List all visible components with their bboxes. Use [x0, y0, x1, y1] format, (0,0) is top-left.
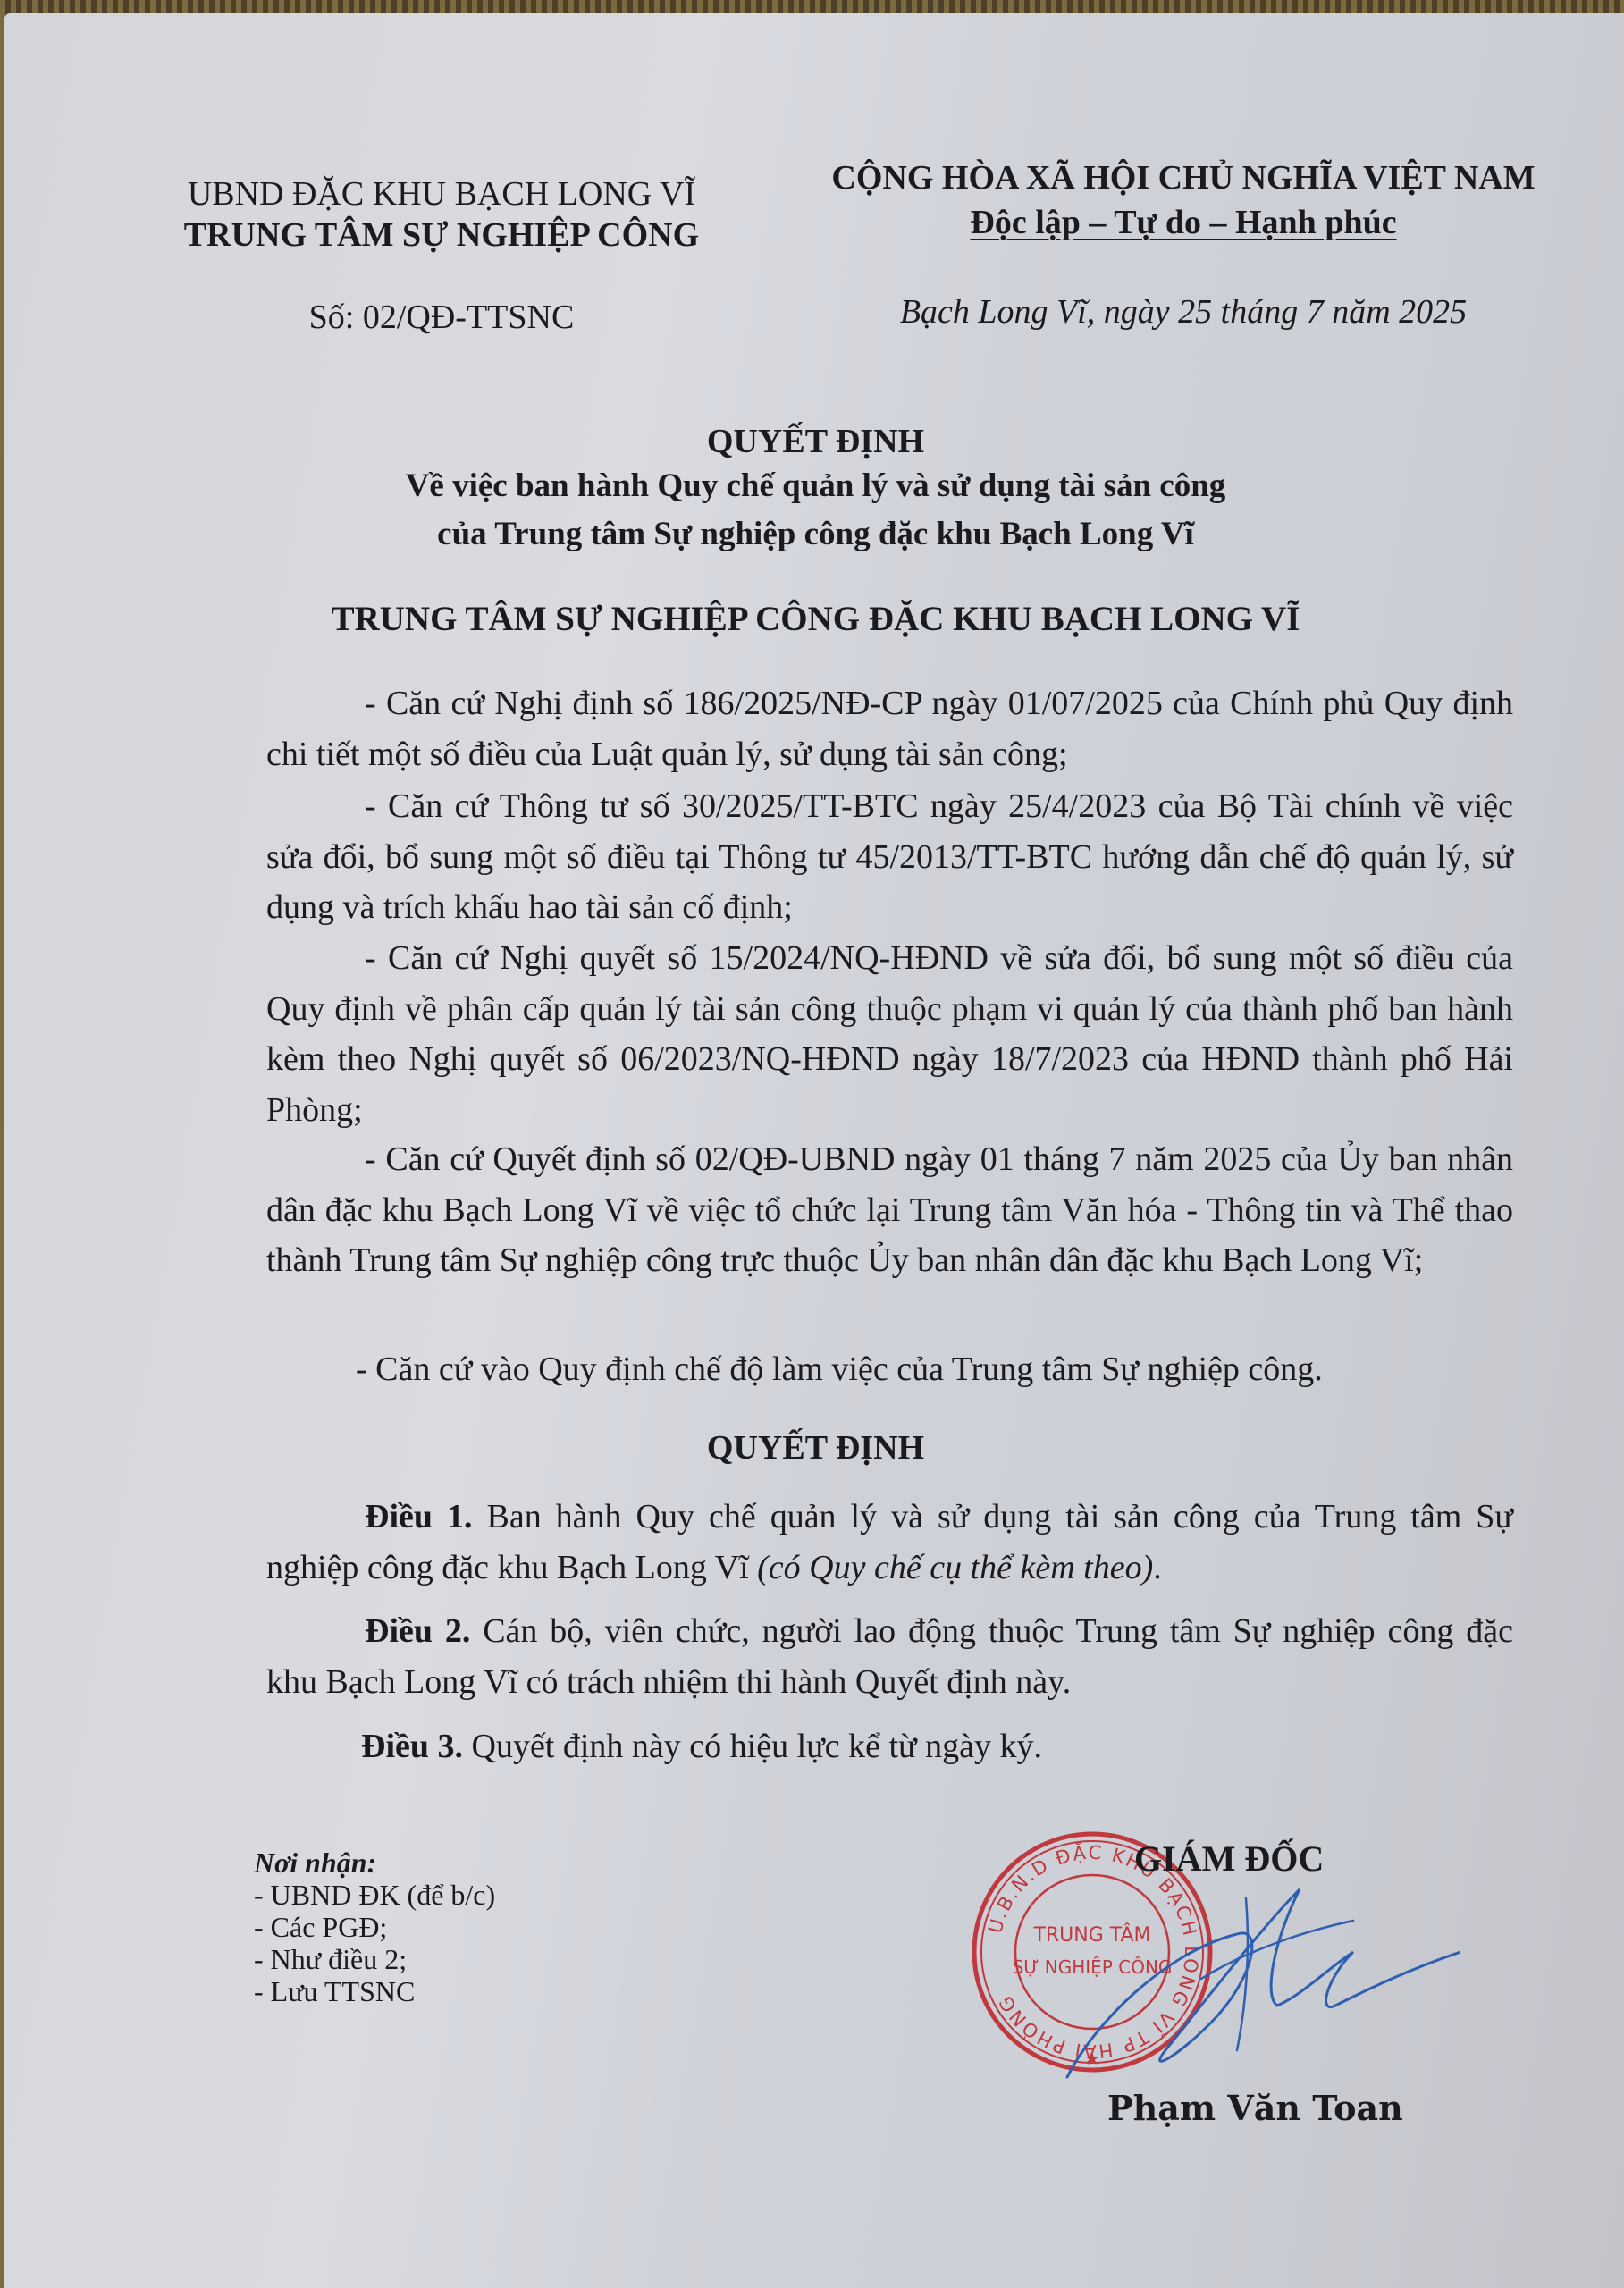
article-1-label: Điều 1.	[365, 1498, 473, 1535]
recipient-item: - Các PGĐ;	[254, 1911, 495, 1943]
legal-basis-4: - Căn cứ Quyết định số 02/QĐ-UBND ngày 0…	[266, 1134, 1513, 1286]
article-1-tail: .	[1153, 1549, 1162, 1586]
recipient-item: - Lưu TTSNC	[254, 1975, 495, 2007]
country-name: CỘNG HÒA XÃ HỘI CHỦ NGHĨA VIỆT NAM	[781, 157, 1586, 198]
header-left: UBND ĐẶC KHU BẠCH LONG VĨ TRUNG TÂM SỰ N…	[138, 173, 745, 256]
authority-name: UBND ĐẶC KHU BẠCH LONG VĨ	[138, 173, 745, 214]
subject-line-1: Về việc ban hành Quy chế quản lý và sử d…	[4, 467, 1624, 505]
decision-heading: QUYẾT ĐỊNH	[4, 1428, 1624, 1468]
motto-text: Độc lập – Tự do – Hạnh phúc	[970, 204, 1396, 241]
signer-name: Phạm Văn Toan	[1107, 2088, 1403, 2128]
article-2-label: Điều 2.	[365, 1612, 470, 1650]
article-3-text: Quyết định này có hiệu lực kể từ ngày ký…	[463, 1728, 1042, 1765]
recipients-label: Nơi nhận:	[254, 1846, 495, 1879]
handwritten-signature-icon	[1031, 1872, 1460, 2086]
issuer-heading: TRUNG TÂM SỰ NGHIỆP CÔNG ĐẶC KHU BẠCH LO…	[4, 599, 1624, 639]
legal-basis-3: - Căn cứ Nghị quyết số 15/2024/NQ-HĐND v…	[266, 933, 1513, 1135]
recipients-block: Nơi nhận: - UBND ĐK (để b/c) - Các PGĐ; …	[254, 1846, 495, 2007]
document-type-heading: QUYẾT ĐỊNH	[4, 422, 1624, 461]
document-number: Số: 02/QĐ-TTSNC	[138, 297, 745, 338]
article-3-label: Điều 3.	[361, 1728, 463, 1765]
recipient-item: - UBND ĐK (để b/c)	[254, 1879, 495, 1911]
legal-basis-2: - Căn cứ Thông tư số 30/2025/TT-BTC ngày…	[266, 781, 1513, 933]
article-1-note: (có Quy chế cụ thể kèm theo)	[757, 1549, 1153, 1586]
article-1: Điều 1. Ban hành Quy chế quản lý và sử d…	[266, 1492, 1513, 1593]
organization-name: TRUNG TÂM SỰ NGHIỆP CÔNG	[138, 214, 745, 256]
recipient-item: - Như điều 2;	[254, 1943, 495, 1975]
legal-basis-1: - Căn cứ Nghị định số 186/2025/NĐ-CP ngà…	[266, 678, 1513, 779]
article-3: Điều 3. Quyết định này có hiệu lực kể từ…	[266, 1721, 1513, 1772]
legal-basis-5: - Căn cứ vào Quy định chế độ làm việc củ…	[266, 1344, 1513, 1395]
article-2: Điều 2. Cán bộ, viên chức, người lao độn…	[266, 1606, 1513, 1707]
document-page: UBND ĐẶC KHU BẠCH LONG VĨ TRUNG TÂM SỰ N…	[4, 13, 1624, 2288]
place-date: Bạch Long Vĩ, ngày 25 tháng 7 năm 2025	[781, 291, 1586, 332]
subject-line-2: của Trung tâm Sự nghiệp công đặc khu Bạc…	[4, 515, 1624, 553]
national-motto: Độc lập – Tự do – Hạnh phúc	[781, 202, 1586, 243]
